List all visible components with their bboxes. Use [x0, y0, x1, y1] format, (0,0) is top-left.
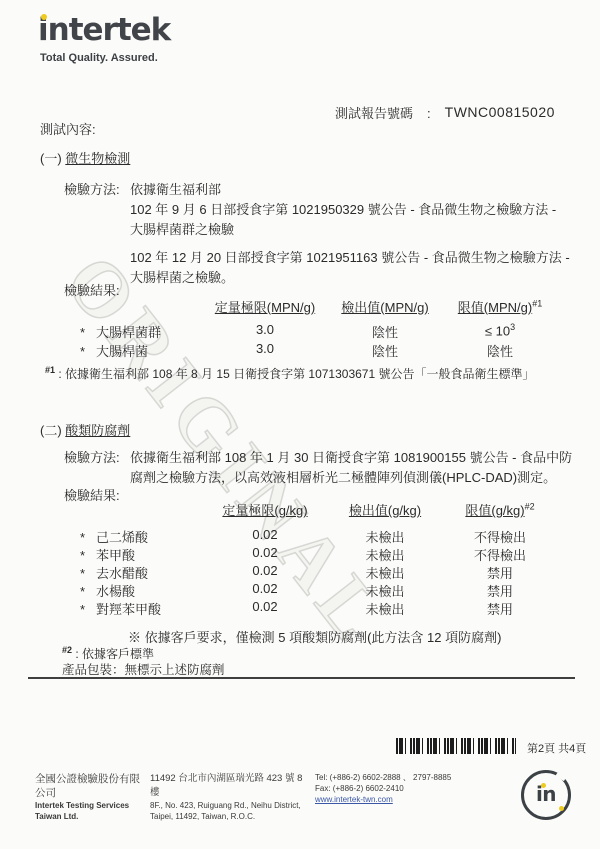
- packaging-note: 產品包裝：無標示上述防腐劑: [62, 660, 225, 678]
- limit-value: 陰性: [440, 341, 560, 360]
- table1-col3-header: 限值(MPN/g)#1: [440, 297, 560, 316]
- table1-row-ecoli: *大腸桿菌 3.0 陰性 陰性: [70, 341, 560, 360]
- section2-title-text: 酸類防腐劑: [65, 423, 130, 438]
- section1-method-line1: 依據衛生福利部: [130, 180, 221, 200]
- section2-method-line1: 依據衛生福利部 108 年 1 月 30 日衛授食字第 1081900155 號…: [130, 448, 572, 468]
- limit-value: ≤ 103: [440, 322, 560, 341]
- asterisk: *: [80, 344, 96, 359]
- report-number-row: 測試報告號碼 : TWNC00815020: [335, 104, 555, 124]
- limit-value: 禁用: [440, 599, 560, 618]
- asterisk: *: [80, 566, 96, 581]
- company-name-en: Intertek Testing Services Taiwan Ltd.: [35, 800, 150, 822]
- table1-col1-header: 定量極限(MPN/g): [200, 297, 330, 316]
- loq-value: 0.02: [200, 545, 330, 564]
- result-value: 未檢出: [330, 599, 440, 618]
- table2-header: 定量極限(g/kg) 檢出值(g/kg) 限值(g/kg)#2: [70, 500, 560, 519]
- result-value: 未檢出: [330, 563, 440, 582]
- table2-col1-header: 定量極限(g/kg): [200, 500, 330, 519]
- table1-col2-header: 檢出值(MPN/g): [330, 297, 440, 316]
- table2-row-salicylic-acid: *水楊酸 0.02 未檢出 禁用: [70, 581, 560, 600]
- analyte-name: 大腸桿菌群: [96, 325, 161, 340]
- test-content-label: 測試內容:: [40, 120, 96, 140]
- circle-gap: [556, 769, 569, 781]
- section1-method-line2: 102 年 9 月 6 日部授食字第 1021950329 號公告 - 食品微生…: [130, 200, 556, 220]
- section1-method-line4: 102 年 12 月 20 日部授食字第 1021951163 號公告 - 食品…: [130, 248, 570, 268]
- section2-prefix: (二): [40, 423, 62, 438]
- mark-stroke-dot-icon: [559, 806, 564, 811]
- website-link[interactable]: www.intertek-twn.com: [315, 794, 505, 805]
- section1-footnote: #1 : 依據衛生福利部 108 年 8 月 15 日衛授食字第 1071303…: [45, 365, 534, 382]
- report-number-value: TWNC00815020: [445, 104, 555, 124]
- asterisk: *: [80, 530, 96, 545]
- analyte-name: 苯甲酸: [96, 548, 135, 563]
- limit-value: 禁用: [440, 581, 560, 600]
- result-value: 未檢出: [330, 545, 440, 564]
- asterisk: *: [80, 584, 96, 599]
- address-en-line1: 8F., No. 423, Ruiguang Rd., Neihu Distri…: [150, 800, 310, 811]
- report-page: ORIGINAL intertek Total Quality. Assured…: [0, 0, 600, 849]
- asterisk: *: [80, 548, 96, 563]
- table2-col3-header: 限值(g/kg)#2: [440, 500, 560, 519]
- result-value: 陰性: [330, 341, 440, 360]
- analyte-name: 己二烯酸: [96, 530, 148, 545]
- section2-note: ※ 依據客戶要求，僅檢測 5 項酸類防腐劑(此方法含 12 項防腐劑): [128, 628, 501, 648]
- footer-company: 全國公證檢驗股份有限公司 Intertek Testing Services T…: [35, 772, 150, 822]
- footer-address: 11492 台北市內湖區瑞光路 423 號 8 樓 8F., No. 423, …: [150, 772, 310, 822]
- section2-method-line2: 腐劑之檢驗方法，以高效液相層析光二極體陣列偵測儀(HPLC-DAD)測定。: [130, 468, 556, 488]
- loq-value: 0.02: [200, 527, 330, 546]
- analyte-name: 大腸桿菌: [96, 344, 148, 359]
- section1-title-text: 微生物檢測: [65, 151, 130, 166]
- result-value: 陰性: [330, 322, 440, 341]
- table2-row-dehydroacetic-acid: *去水醋酸 0.02 未檢出 禁用: [70, 563, 560, 582]
- loq-value: 0.02: [200, 563, 330, 582]
- intertek-wordmark: intertek: [38, 12, 170, 48]
- analyte-name: 水楊酸: [96, 584, 135, 599]
- table2-col2-header: 檢出值(g/kg): [330, 500, 440, 519]
- address-en-line2: Taipei, 11492, Taiwan, R.O.C.: [150, 811, 310, 822]
- limit-value: 不得檢出: [440, 545, 560, 564]
- page-indicator: 第2頁 共4頁: [527, 740, 586, 756]
- analyte-name: 去水醋酸: [96, 566, 148, 581]
- mark-in-text: in: [536, 782, 556, 806]
- barcode: [396, 738, 516, 754]
- section1-prefix: (一): [40, 151, 62, 166]
- asterisk: *: [80, 602, 96, 617]
- fax-line: Fax: (+886-2) 6602-2410: [315, 783, 505, 794]
- limit-value: 不得檢出: [440, 527, 560, 546]
- section2-title: (二) 酸類防腐劑: [40, 420, 130, 439]
- section1-method-label: 檢驗方法:: [64, 180, 120, 200]
- loq-value: 3.0: [200, 341, 330, 360]
- address-zh: 11492 台北市內湖區瑞光路 423 號 8 樓: [150, 772, 310, 800]
- tel-line: Tel: (+886-2) 6602-2888 、 2797-8885: [315, 772, 505, 783]
- report-number-colon: :: [427, 104, 431, 124]
- table2-row-paraben: *對羥苯甲酸 0.02 未檢出 禁用: [70, 599, 560, 618]
- table1-header: 定量極限(MPN/g) 檢出值(MPN/g) 限值(MPN/g)#1: [70, 297, 560, 316]
- report-number-label: 測試報告號碼: [335, 104, 413, 124]
- result-value: 未檢出: [330, 581, 440, 600]
- logo-tagline: Total Quality. Assured.: [40, 52, 158, 64]
- footer-contact: Tel: (+886-2) 6602-2888 、 2797-8885 Fax:…: [315, 772, 505, 805]
- loq-value: 3.0: [200, 322, 330, 341]
- result-value: 未檢出: [330, 527, 440, 546]
- intertek-logo: intertek: [38, 12, 170, 48]
- logo-yellow-dot-icon: [41, 14, 47, 20]
- footer-divider: [28, 677, 575, 679]
- table2-row-benzoic-acid: *苯甲酸 0.02 未檢出 不得檢出: [70, 545, 560, 564]
- section1-method-line3: 大腸桿菌群之檢驗: [130, 220, 234, 240]
- loq-value: 0.02: [200, 581, 330, 600]
- limit-value: 禁用: [440, 563, 560, 582]
- section1-method-line5: 大腸桿菌之檢驗。: [130, 268, 234, 288]
- analyte-name: 對羥苯甲酸: [96, 602, 161, 617]
- table1-row-coliform-group: *大腸桿菌群 3.0 陰性 ≤ 103: [70, 322, 560, 341]
- loq-value: 0.02: [200, 599, 330, 618]
- section1-title: (一) 微生物檢測: [40, 148, 130, 167]
- section2-method-label: 檢驗方法:: [64, 448, 120, 468]
- company-name-zh: 全國公證檢驗股份有限公司: [35, 772, 150, 800]
- table2-row-sorbic-acid: *己二烯酸 0.02 未檢出 不得檢出: [70, 527, 560, 546]
- intertek-circle-mark: in: [521, 770, 571, 820]
- asterisk: *: [80, 325, 96, 340]
